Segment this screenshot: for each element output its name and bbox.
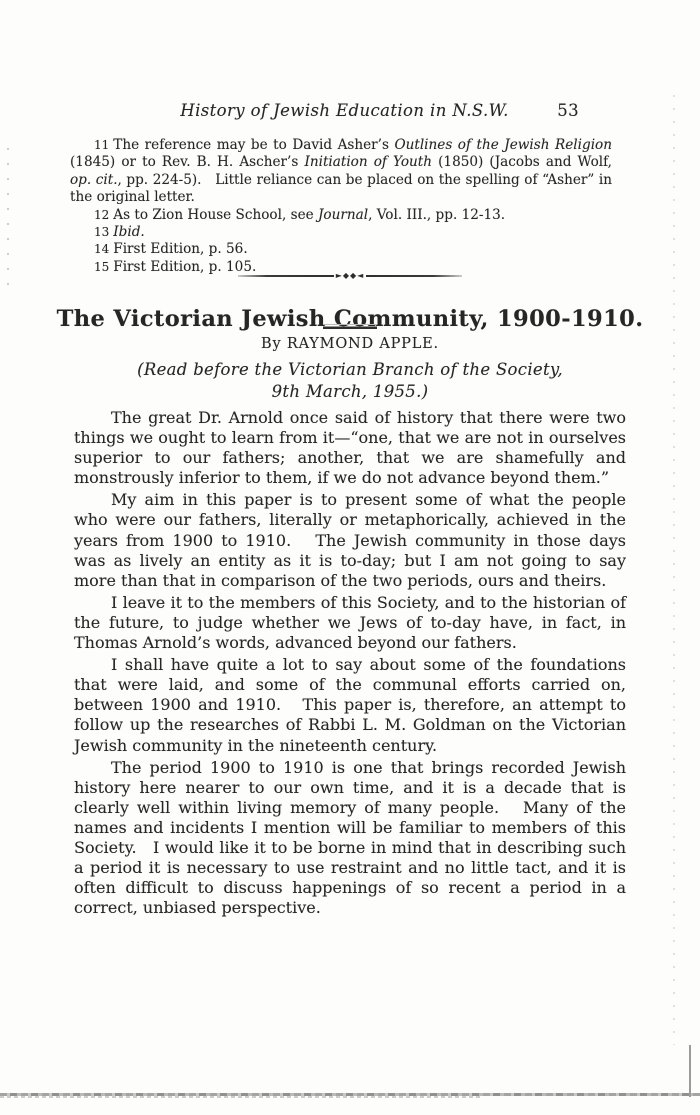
footnote-14: 14First Edition, p. 56. (70, 241, 612, 258)
divider-line-left (238, 275, 334, 277)
scan-artifact-right-dots (673, 95, 675, 1045)
scan-artifact-bottom-smear (0, 1096, 480, 1098)
footnote-13-text: Ibid. (113, 224, 144, 240)
body-paragraph-3: I leave it to the members of this Societ… (74, 593, 626, 653)
footnote-13: 13Ibid. (70, 224, 612, 241)
footnote-13-number: 13 (94, 225, 113, 239)
article-body: The great Dr. Arnold once said of histor… (74, 408, 626, 920)
footnote-12: 12As to Zion House School, see Journal, … (70, 207, 612, 224)
body-paragraph-5: The period 1900 to 1910 is one that brin… (74, 758, 626, 919)
page-number: 53 (557, 101, 579, 120)
footnote-11-number: 11 (94, 138, 113, 152)
scanned-page: History of Jewish Education in N.S.W. 53… (0, 0, 700, 1115)
footnote-15-number: 15 (94, 260, 113, 274)
divider-ornament-icon: ►◆◆◄ (334, 272, 367, 280)
read-note-line-1: (Read before the Victorian Branch of the… (0, 359, 700, 381)
section-divider: ►◆◆◄ (238, 271, 462, 281)
footnotes-block: 11The reference may be to David Asher’s … (70, 137, 612, 276)
scan-artifact-right-corner (689, 1045, 691, 1097)
footnote-11: 11The reference may be to David Asher’s … (70, 137, 612, 207)
footnote-14-text: First Edition, p. 56. (113, 241, 247, 257)
footnote-12-number: 12 (94, 208, 113, 222)
scan-artifact-left-dots (7, 148, 9, 290)
running-header: History of Jewish Education in N.S.W. 53 (72, 101, 617, 120)
running-header-title: History of Jewish Education in N.S.W. (180, 101, 508, 120)
body-paragraph-4: I shall have quite a lot to say about so… (74, 655, 626, 755)
read-note: (Read before the Victorian Branch of the… (0, 359, 700, 403)
body-paragraph-1: The great Dr. Arnold once said of histor… (74, 408, 626, 488)
footnote-14-number: 14 (94, 242, 113, 256)
body-paragraph-2: My aim in this paper is to present some … (74, 490, 626, 590)
title-rule (323, 324, 377, 329)
footnote-11-text: The reference may be to David Asher’s Ou… (70, 137, 616, 205)
byline-author: RAYMOND APPLE. (287, 336, 439, 352)
footnote-15-text: First Edition, p. 105. (113, 259, 256, 275)
divider-line-right (366, 275, 462, 277)
read-note-line-2: 9th March, 1955.) (0, 381, 700, 403)
scan-artifact-bottom-line (0, 1093, 700, 1096)
byline-prefix: By (261, 336, 281, 352)
footnote-12-text: As to Zion House School, see Journal, Vo… (113, 207, 505, 223)
byline: By RAYMOND APPLE. (0, 336, 700, 352)
